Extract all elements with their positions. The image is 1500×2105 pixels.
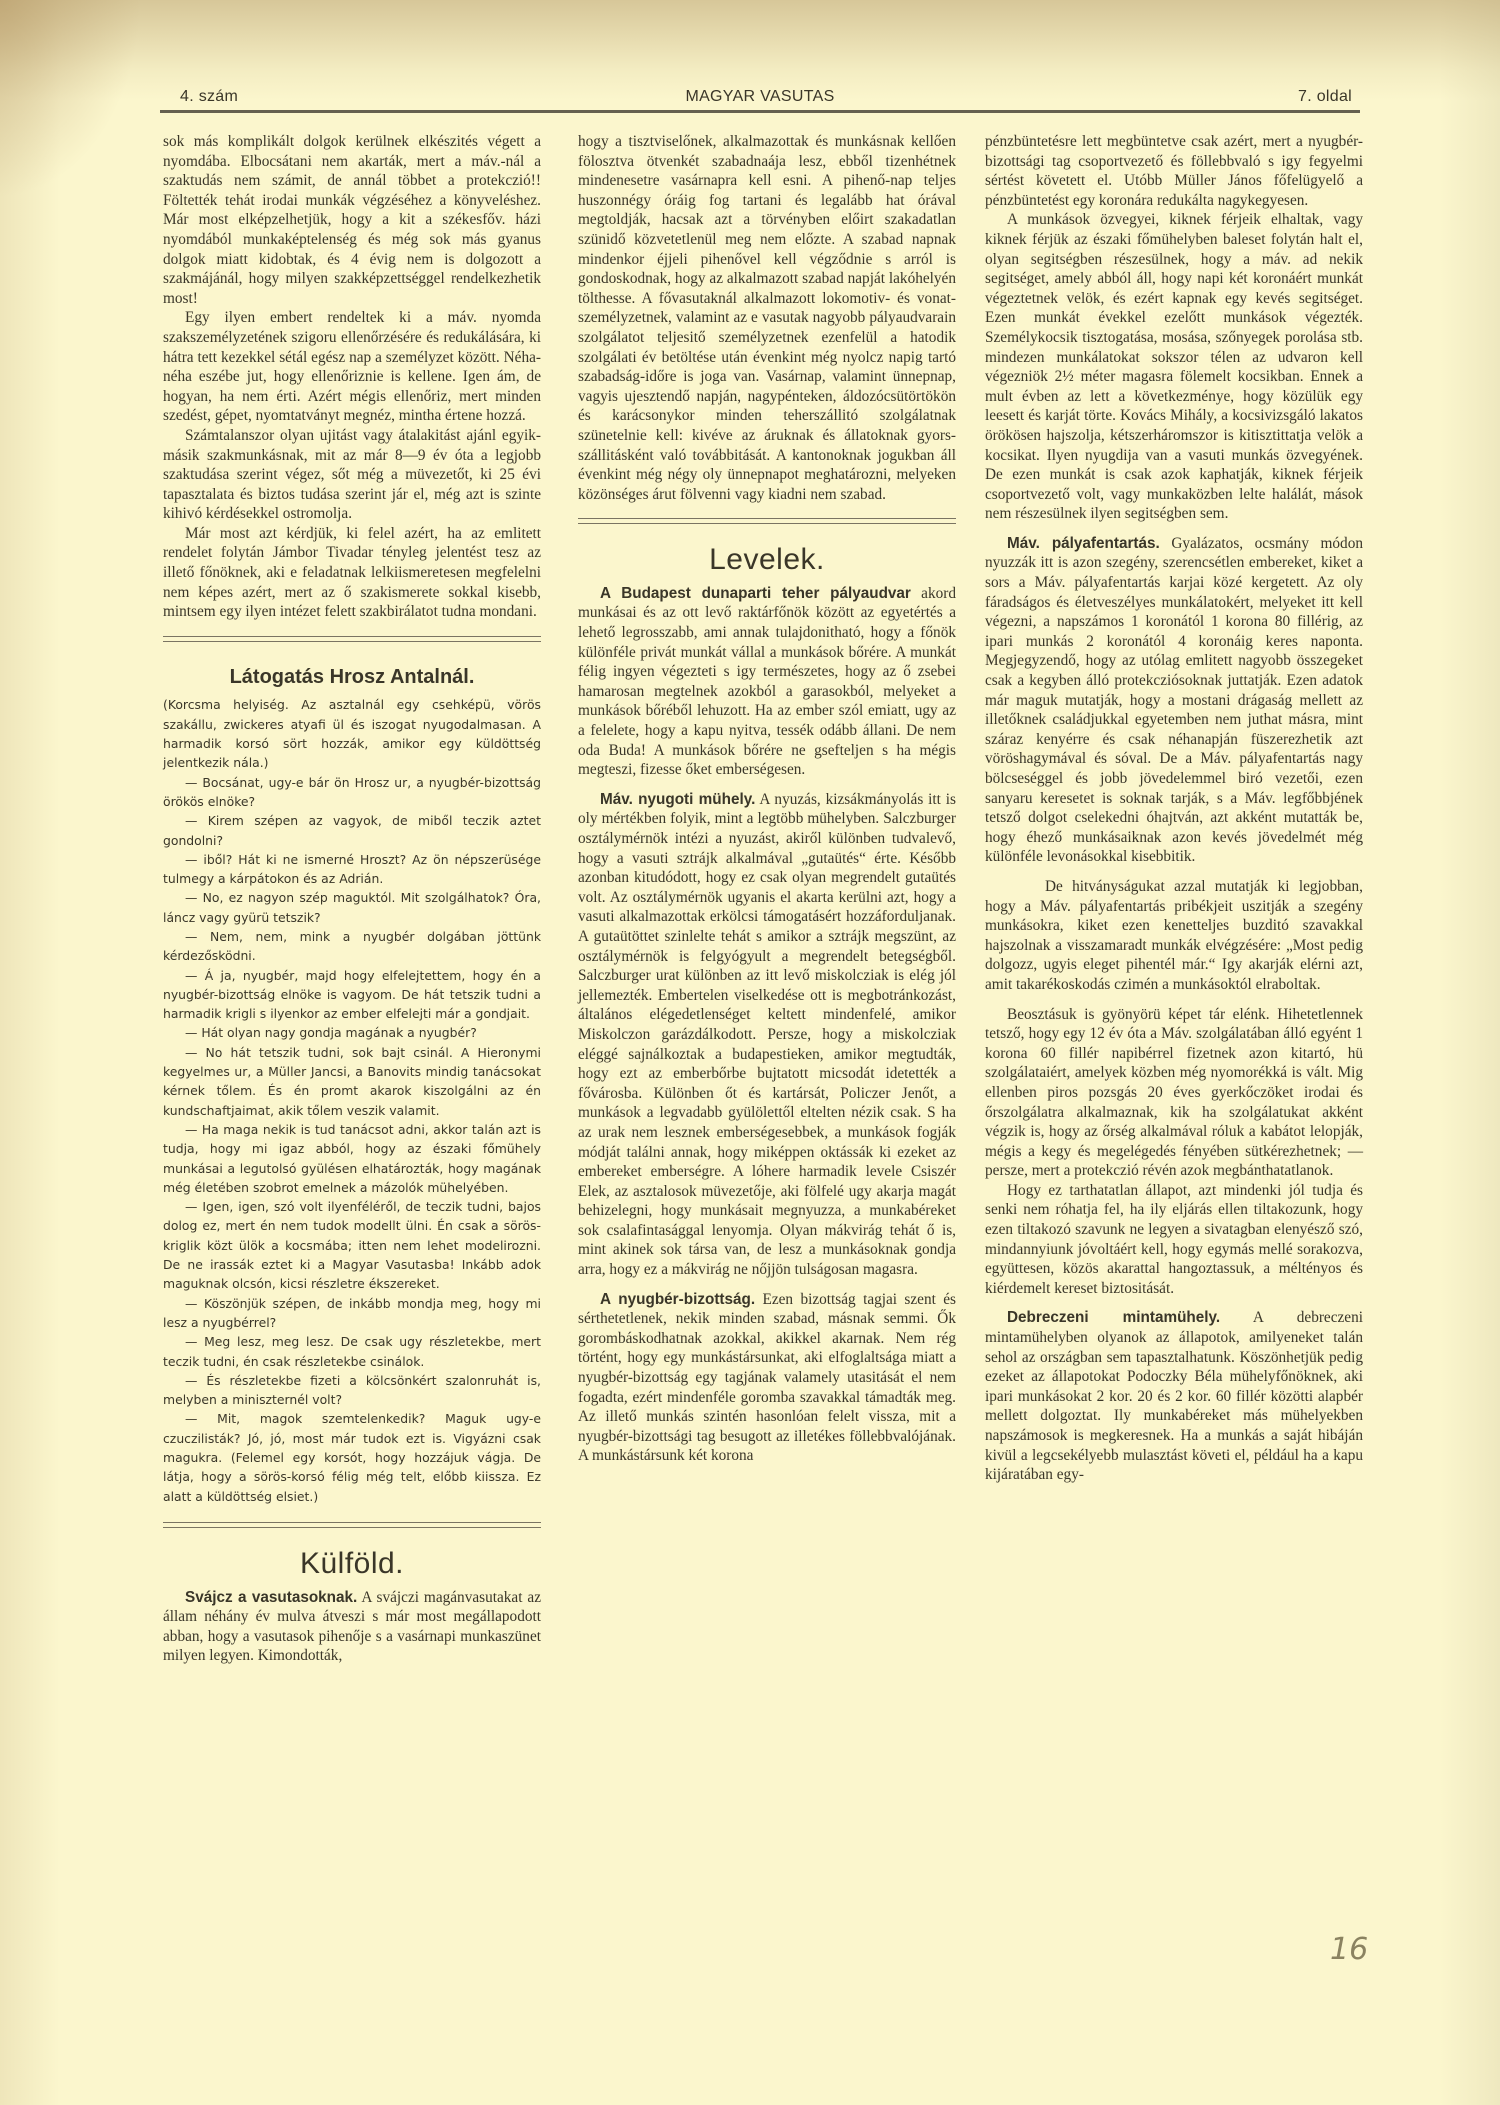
subhead: A Budapest dunaparti teher pályaudvar (600, 585, 911, 602)
dialog-line: — Igen, igen, szó volt ilyenféléről, de … (163, 1197, 541, 1293)
dialog-line: — Nem, nem, mink a nyugbér dolgában jött… (163, 927, 541, 966)
dialog-line: — No, ez nagyon szép maguktól. Mit szolg… (163, 888, 541, 927)
paragraph: De hitványságukat azzal mutatják ki legj… (985, 877, 1363, 995)
header-rule (160, 110, 1360, 113)
letter-item: A nyugbér-bizottság. Ezen bizottság tagj… (578, 1290, 956, 1466)
subhead: A nyugbér-bizottság. (600, 1291, 755, 1308)
column-2: hogy a tisztviselőnek, alkalmazottak és … (578, 132, 956, 1466)
dialog-line: — No hát tetszik tudni, sok bajt csinál.… (163, 1043, 541, 1120)
section-title-visit: Látogatás Hrosz Antalnál. (163, 668, 541, 688)
handwritten-page-number: 16 (1330, 1932, 1368, 1967)
paragraph: Hogy ez tarthatatlan állapot, azt minden… (985, 1181, 1363, 1299)
subhead: Máv. pályafentartás. (1007, 535, 1160, 552)
publication-title: MAGYAR VASUTAS (160, 88, 1360, 106)
letter-item: Máv. nyugoti mühely. A nyuzás, kizsákmán… (578, 790, 956, 1280)
section-divider (163, 1522, 541, 1528)
dialog-lines: — Bocsánat, ugy-e bár ön Hrosz ur, a nyu… (163, 773, 541, 1506)
article-continuation: hogy a tisztviselőnek, alkalmazottak és … (578, 132, 956, 504)
dialog-line: — Bocsánat, ugy-e bár ön Hrosz ur, a nyu… (163, 773, 541, 812)
dialog-line: — Á ja, nyugbér, majd hogy elfelejtettem… (163, 966, 541, 1024)
dialog-line: — Hát olyan nagy gondja magának a nyugbé… (163, 1023, 541, 1042)
article-continuation: pénzbüntetésre lett megbüntetve csak azé… (985, 132, 1363, 210)
visit-dialog: (Korcsma helyiség. Az asztalnál egy cseh… (163, 695, 541, 1505)
paragraph-debreczen: Debreczeni mintamühely. A debreczeni min… (985, 1308, 1363, 1484)
paragraph: Számtalanszor olyan ujitást vagy átalaki… (163, 426, 541, 524)
page-number: 7. oldal (1298, 88, 1352, 106)
dialog-line: — Kirem szépen az vagyok, de miből teczi… (163, 811, 541, 850)
paragraph: Már most azt kérdjük, ki felel azért, ha… (163, 524, 541, 622)
paragraph-svajcz: Svájcz a vasutasoknak. A svájczi magánva… (163, 1588, 541, 1666)
subhead: Svájcz a vasutasoknak. (185, 1589, 357, 1606)
newspaper-page: 4. szám MAGYAR VASUTAS 7. oldal sok más … (0, 0, 1500, 2105)
subhead: Máv. nyugoti mühely. (600, 791, 755, 808)
section-divider (163, 636, 541, 642)
paragraph-palya: Máv. pályafentartás. Gyalázatos, ocsmány… (985, 534, 1363, 867)
paragraph: Egy ilyen embert rendeltek ki a máv. nyo… (163, 308, 541, 426)
dialog-line: — Ha maga nekik is tud tanácsot adni, ak… (163, 1120, 541, 1197)
subhead: Debreczeni mintamühely. (1007, 1309, 1220, 1326)
dialog-line: — Mit, magok szemtelenkedik? Maguk ugy-e… (163, 1409, 541, 1505)
paragraph: A munkások özvegyei, kiknek férjeik elha… (985, 210, 1363, 524)
article-continuation: sok más komplikált dolgok kerülnek elkés… (163, 132, 541, 308)
paragraph: Beosztásuk is gyönyörü képet tár elénk. … (985, 1005, 1363, 1181)
stage-direction: (Korcsma helyiség. Az asztalnál egy cseh… (163, 695, 541, 772)
dialog-line: — Meg lesz, meg lesz. De csak ugy részle… (163, 1332, 541, 1371)
column-1: sok más komplikált dolgok kerülnek elkés… (163, 132, 541, 1666)
section-title-levelek: Levelek. (578, 550, 956, 570)
section-title-kulfold: Külföld. (163, 1554, 541, 1574)
dialog-line: — Köszönjük szépen, de inkább mondja meg… (163, 1294, 541, 1333)
dialog-line: — És részletekbe fizeti a kölcsönkért sz… (163, 1371, 541, 1410)
page-header: 4. szám MAGYAR VASUTAS 7. oldal (160, 84, 1360, 112)
section-divider (578, 518, 956, 524)
dialog-line: — iből? Hát ki ne ismerné Hroszt? Az ön … (163, 850, 541, 889)
column-3: pénzbüntetésre lett megbüntetve csak azé… (985, 132, 1363, 1485)
letter-item: A Budapest dunaparti teher pályaudvar ak… (578, 584, 956, 780)
